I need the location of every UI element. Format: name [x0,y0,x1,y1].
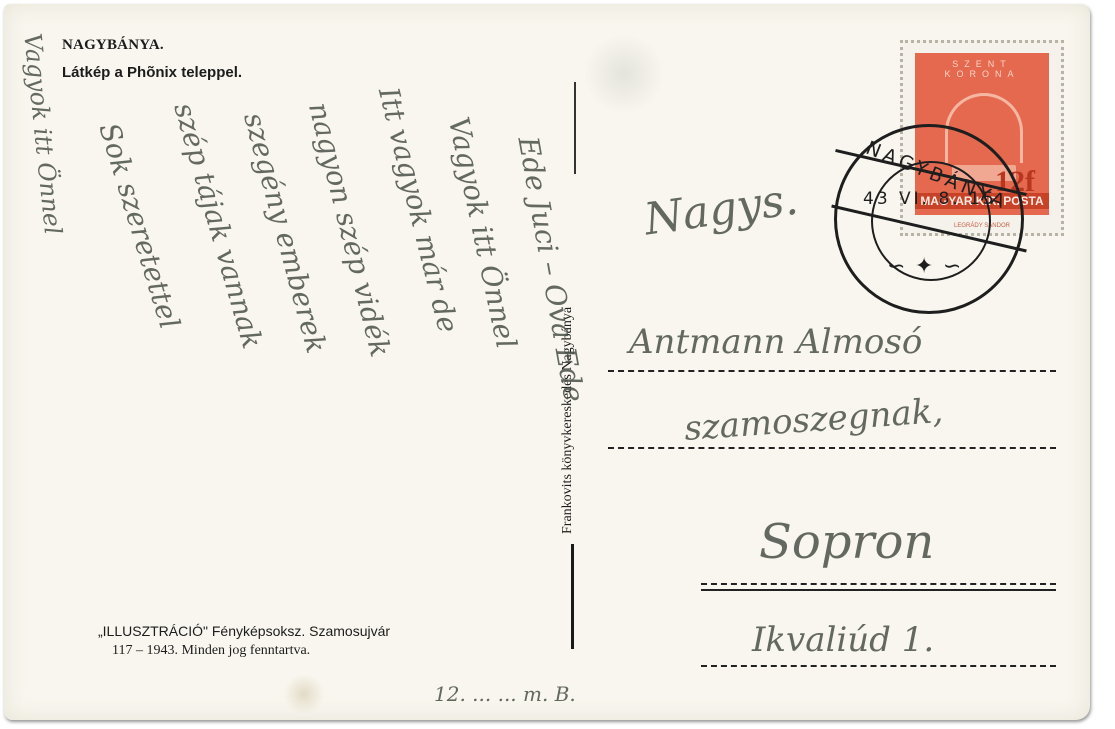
stamp-arc-text: SZENT KORONA [915,59,1049,79]
card-subtitle: Látkép a Phõnix teleppel. [62,64,242,81]
address-line-1 [608,370,1056,372]
handwritten-message-line: Sok szeretettel [92,119,186,333]
handwritten-bottom-note: 12. ... ... m. B. [434,682,576,706]
address-line-4 [701,665,1056,667]
divider-line-top [574,82,576,174]
address-street: Ikvaliúd 1. [752,620,934,660]
address-line-3 [701,583,1056,585]
address-line-2 [608,447,1056,449]
address-name: Antmann Almosó [629,322,922,362]
postcard-back: NAGYBÁNYA. Látkép a Phõnix teleppel. „IL… [4,4,1090,720]
handwritten-margin-note: Vagyok itt Önnel [18,32,67,236]
address-salutation: Nagys. [641,174,801,246]
handwritten-side-note: Ede Juci – Ova Ede [512,134,591,404]
address-city: Sopron [759,514,934,570]
publisher-line: „ILLUSZTRÁCIÓ" Fényképsoksz. Szamosujvár [98,623,390,639]
address-line-3-double [701,589,1056,591]
postmark-ornament: ∽ ✦ ∽ [887,253,963,279]
card-title: NAGYBÁNYA. [62,37,164,54]
postmark-date: 43 VI. 8. 15 [863,189,997,209]
copyright-line: 117 – 1943. Minden jog fenntartva. [112,643,310,659]
postmark-cancellation: NAGYBÁNYA 43 VI. 8. 15 ∽ ✦ ∽ [834,124,1024,314]
address-line2-text: szamoszegnak, [683,391,944,449]
divider-line-bottom [571,544,574,649]
